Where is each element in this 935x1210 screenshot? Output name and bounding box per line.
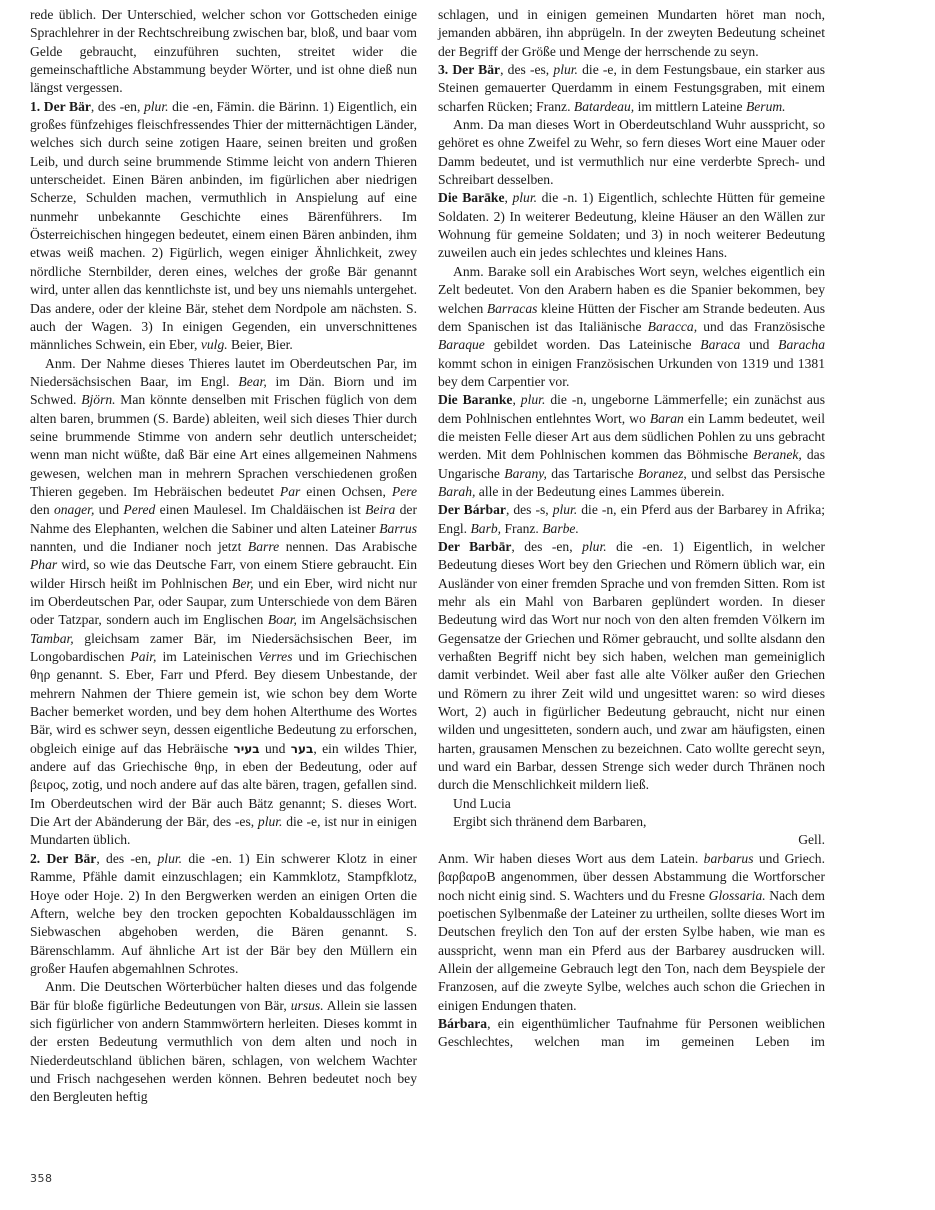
italic-term: Barbe. (542, 521, 579, 536)
text-run: und das Französische (697, 319, 825, 334)
headword: 2. Der Bär (30, 851, 96, 866)
italic-term: Boar, (268, 612, 297, 627)
italic-term: barbarus (704, 851, 754, 866)
text-run: im mittlern Lateine (634, 99, 746, 114)
text-run: , des -en, (511, 539, 582, 554)
italic-term: Pere (392, 484, 417, 499)
headword: 1. Der Bär (30, 99, 91, 114)
italic-term: Tambar, (30, 631, 74, 646)
italic-term: plur. (553, 62, 578, 77)
hebrew-term: בער (291, 742, 314, 756)
text-run: die -en. 1) Ein schwerer Klotz in einer … (30, 851, 417, 976)
text-run: , des -en, (96, 851, 157, 866)
italic-term: plur. (144, 99, 169, 114)
text-run: einen Ochsen, (300, 484, 392, 499)
italic-term: plur. (512, 190, 537, 205)
italic-term: Verres (258, 649, 292, 664)
italic-term: Glossaria. (709, 888, 766, 903)
italic-term: Beira (365, 502, 395, 517)
text-run: , ein eigenthümlicher Taufnahme für Pers… (438, 1016, 825, 1049)
text-run: , des -en, (91, 99, 144, 114)
italic-term: ursus. (291, 998, 324, 1013)
italic-term: Barre (248, 539, 279, 554)
italic-term: Barany, (504, 466, 547, 481)
annotation-paragraph: Anm. Der Nahme dieses Thieres lautet im … (30, 355, 417, 850)
left-column: rede üblich. Der Unterschied, welcher sc… (30, 6, 417, 1107)
text-run: nennen. Das Arabische (279, 539, 417, 554)
dictionary-entry: Der Barbār, des -en, plur. die -en. 1) E… (438, 538, 825, 795)
text-run: Anm. Da man dieses Wort in Oberdeutschla… (438, 117, 825, 187)
text-run: nannten, und die Indianer noch jetzt (30, 539, 248, 554)
dictionary-entry: Der Bárbar, des -s, plur. die -n, ein Pf… (438, 501, 825, 538)
italic-term: onager, (54, 502, 94, 517)
italic-term: Pered (123, 502, 155, 517)
italic-term: Baran (650, 411, 684, 426)
italic-term: Ber, (232, 576, 254, 591)
right-column: schlagen, und in einigen gemeinen Mundar… (438, 6, 825, 1052)
continued-paragraph: schlagen, und in einigen gemeinen Mundar… (438, 6, 825, 61)
text-run: gebildet worden. Das Lateinische (485, 337, 700, 352)
text-run: Beier, Bier. (228, 337, 293, 352)
headword: Die Baranke (438, 392, 512, 407)
text-run: alle in der Bedeutung eines Lammes übere… (475, 484, 724, 499)
text-run: , und selbst das Persische (683, 466, 825, 481)
dictionary-entry: Die Barāke, plur. die -n. 1) Eigentlich,… (438, 189, 825, 262)
headword: Die Barāke (438, 190, 505, 205)
verse-line: Ergibt sich thränend dem Barbaren, (438, 813, 825, 831)
continued-paragraph: Anm. Wir haben dieses Wort aus dem Latei… (438, 850, 825, 1015)
annotation-paragraph: Anm. Barake soll ein Arabisches Wort sey… (438, 263, 825, 391)
text-run: Gell. (798, 832, 825, 847)
text-run: die -en, Fämin. die Bärinn. 1) Eigentlic… (30, 99, 417, 352)
italic-term: plur. (521, 392, 546, 407)
text-run: und (94, 502, 123, 517)
text-run: und im Griechischen θηρ genannt. S. Eber… (30, 649, 417, 756)
text-run: die -en. 1) Eigentlich, in welcher Bedeu… (438, 539, 825, 792)
text-run: , des -es, (500, 62, 553, 77)
dictionary-entry: 2. Der Bär, des -en, plur. die -en. 1) E… (30, 850, 417, 978)
verse-attribution: Gell. (438, 831, 825, 849)
italic-term: plur. (553, 502, 578, 517)
text-run: und (260, 741, 291, 756)
hebrew-term: בעיר (234, 742, 260, 756)
dictionary-entry: 1. Der Bär, des -en, plur. die -en, Fämi… (30, 98, 417, 355)
text-run: , (512, 392, 520, 407)
text-run: schlagen, und in einigen gemeinen Mundar… (438, 7, 825, 59)
italic-term: Barracas (487, 301, 538, 316)
page-number: 358 (30, 1172, 53, 1185)
text-run: und (740, 337, 778, 352)
verse-line: Und Lucia (438, 795, 825, 813)
italic-term: Phar (30, 557, 57, 572)
italic-term: vulg. (201, 337, 228, 352)
dictionary-entry: Die Baranke, plur. die -n, ungeborne Läm… (438, 391, 825, 501)
headword: Der Barbār (438, 539, 511, 554)
text-run: Franz. (501, 521, 542, 536)
italic-term: Par (280, 484, 300, 499)
italic-term: Batardeau, (574, 99, 634, 114)
italic-term: Boranez (638, 466, 683, 481)
continued-paragraph: rede üblich. Der Unterschied, welcher sc… (30, 6, 417, 98)
italic-term: Beranek, (753, 447, 802, 462)
annotation-paragraph: Anm. Die Deutschen Wörterbücher halten d… (30, 978, 417, 1106)
headword: Der Bárbar (438, 502, 506, 517)
text-run: Anm. Wir haben dieses Wort aus dem Latei… (438, 851, 704, 866)
italic-term: Baracha (778, 337, 825, 352)
text-run: , des -s, (506, 502, 553, 517)
text-run: Man könnte denselben mit Frischen füglic… (30, 392, 417, 499)
italic-term: Barah, (438, 484, 475, 499)
headword: 3. Der Bär (438, 62, 500, 77)
text-run: das Tartarische (547, 466, 638, 481)
text-run: Und Lucia (453, 796, 511, 811)
italic-term: Baracca, (648, 319, 697, 334)
italic-term: Baraca (700, 337, 740, 352)
text-run: den (30, 502, 54, 517)
italic-term: Berum. (746, 99, 786, 114)
text-run: einen Maulesel. Im Chaldäischen ist (155, 502, 365, 517)
text-run: Nach dem poetischen Sylbenmaße der Latei… (438, 888, 825, 1013)
text-run: im Lateinischen (156, 649, 258, 664)
dictionary-entry: Bárbara, ein eigenthümlicher Taufnahme f… (438, 1015, 825, 1052)
italic-term: Baraque (438, 337, 485, 352)
text-run: Allein sie lassen sich figürlicher von a… (30, 998, 417, 1105)
italic-term: Björn. (81, 392, 115, 407)
text-run: Ergibt sich thränend dem Barbaren, (453, 814, 646, 829)
italic-term: Barb, (470, 521, 501, 536)
italic-term: plur. (258, 814, 283, 829)
italic-term: Barrus (379, 521, 417, 536)
italic-term: Pair, (130, 649, 156, 664)
italic-term: Bear, (238, 374, 266, 389)
text-run: kommt schon in einigen Französischen Urk… (438, 356, 825, 389)
italic-term: plur. (158, 851, 183, 866)
italic-term: plur. (582, 539, 607, 554)
dictionary-entry: 3. Der Bär, des -es, plur. die -e, in de… (438, 61, 825, 116)
annotation-paragraph: Anm. Da man dieses Wort in Oberdeutschla… (438, 116, 825, 189)
headword: Bárbara (438, 1016, 487, 1031)
text-run: im Angelsächsischen (297, 612, 417, 627)
text-run: rede üblich. Der Unterschied, welcher sc… (30, 7, 417, 95)
